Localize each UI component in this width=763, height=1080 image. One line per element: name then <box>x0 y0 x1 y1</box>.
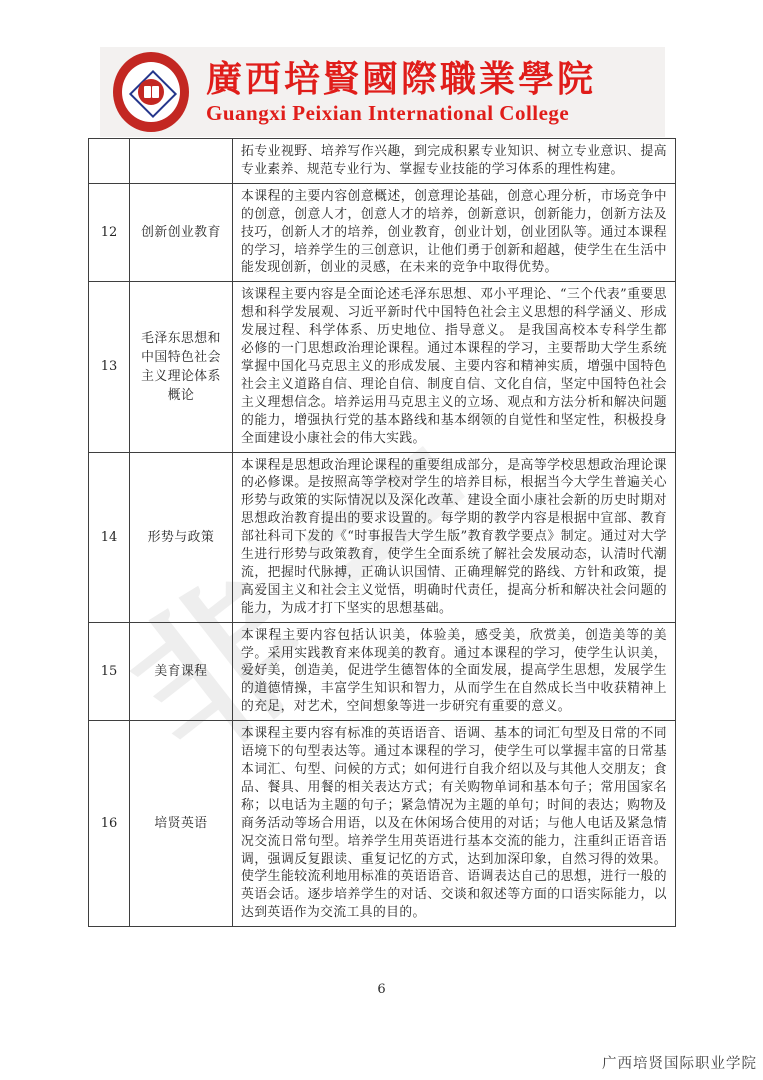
course-table: 拓专业视野、培养写作兴趣，到完成积累专业知识、树立专业意识、提高专业素养、规范专… <box>88 138 676 927</box>
college-title-english: Guangxi Peixian International College <box>206 100 569 126</box>
document-page: { "header": { "title_zh": "廣西培賢國際職業學院", … <box>0 0 763 1080</box>
emblem-book-icon <box>138 79 164 105</box>
course-name-cell: 毛泽东思想和中国特色社会主义理论体系概论 <box>130 282 233 451</box>
table-row: 拓专业视野、培养写作兴趣，到完成积累专业知识、树立专业意识、提高专业素养、规范专… <box>89 139 675 184</box>
course-number-cell: 14 <box>89 453 130 622</box>
course-name-cell: 美育课程 <box>130 623 233 721</box>
course-number-cell: 15 <box>89 623 130 721</box>
course-name-cell <box>130 139 233 183</box>
course-name-cell: 培贤英语 <box>130 721 233 926</box>
course-description-cell: 拓专业视野、培养写作兴趣，到完成积累专业知识、树立专业意识、提高专业素养、规范专… <box>233 139 675 183</box>
page-number: 6 <box>0 982 763 997</box>
course-name-cell: 创新创业教育 <box>130 184 233 282</box>
table-row: 12 创新创业教育 本课程的主要内容创意概述，创意理论基础，创意心理分析，市场竞… <box>89 184 675 283</box>
course-description-cell: 本课程是思想政治理论课程的重要组成部分，是高等学校思想政治理论课的必修课。是按照… <box>233 453 675 622</box>
table-row: 15 美育课程 本课程主要内容包括认识美，体验美，感受美，欣赏美，创造美等的美学… <box>89 623 675 722</box>
course-number-cell: 12 <box>89 184 130 282</box>
college-title-chinese: 廣西培賢國際職業學院 <box>206 58 596 100</box>
college-title-block: 廣西培賢國際職業學院 Guangxi Peixian International… <box>206 58 596 126</box>
course-name-cell: 形势与政策 <box>130 453 233 622</box>
table-row: 13 毛泽东思想和中国特色社会主义理论体系概论 该课程主要内容是全面论述毛泽东思… <box>89 282 675 452</box>
corner-college-label: 广西培贤国际职业学院 <box>602 1052 757 1073</box>
table-row: 16 培贤英语 本课程主要内容有标准的英语语音、语调、基本的词汇句型及日常的不同… <box>89 721 675 926</box>
course-description-cell: 本课程主要内容包括认识美，体验美，感受美，欣赏美，创造美等的美学。采用实践教育来… <box>233 623 675 721</box>
course-description-cell: 本课程主要内容有标准的英语语音、语调、基本的词汇句型及日常的不同语境下的句型表达… <box>233 721 675 926</box>
course-description-cell: 本课程的主要内容创意概述，创意理论基础，创意心理分析，市场竞争中的创意，创意人才… <box>233 184 675 282</box>
course-number-cell: 16 <box>89 721 130 926</box>
course-description-cell: 该课程主要内容是全面论述毛泽东思想、邓小平理论、“三个代表”重要思想和科学发展观… <box>233 282 675 451</box>
college-emblem-icon <box>110 51 192 133</box>
table-row: 14 形势与政策 本课程是思想政治理论课程的重要组成部分，是高等学校思想政治理论… <box>89 453 675 623</box>
header: 廣西培賢國際職業學院 Guangxi Peixian International… <box>100 47 665 137</box>
course-number-cell: 13 <box>89 282 130 451</box>
course-number-cell <box>89 139 130 183</box>
